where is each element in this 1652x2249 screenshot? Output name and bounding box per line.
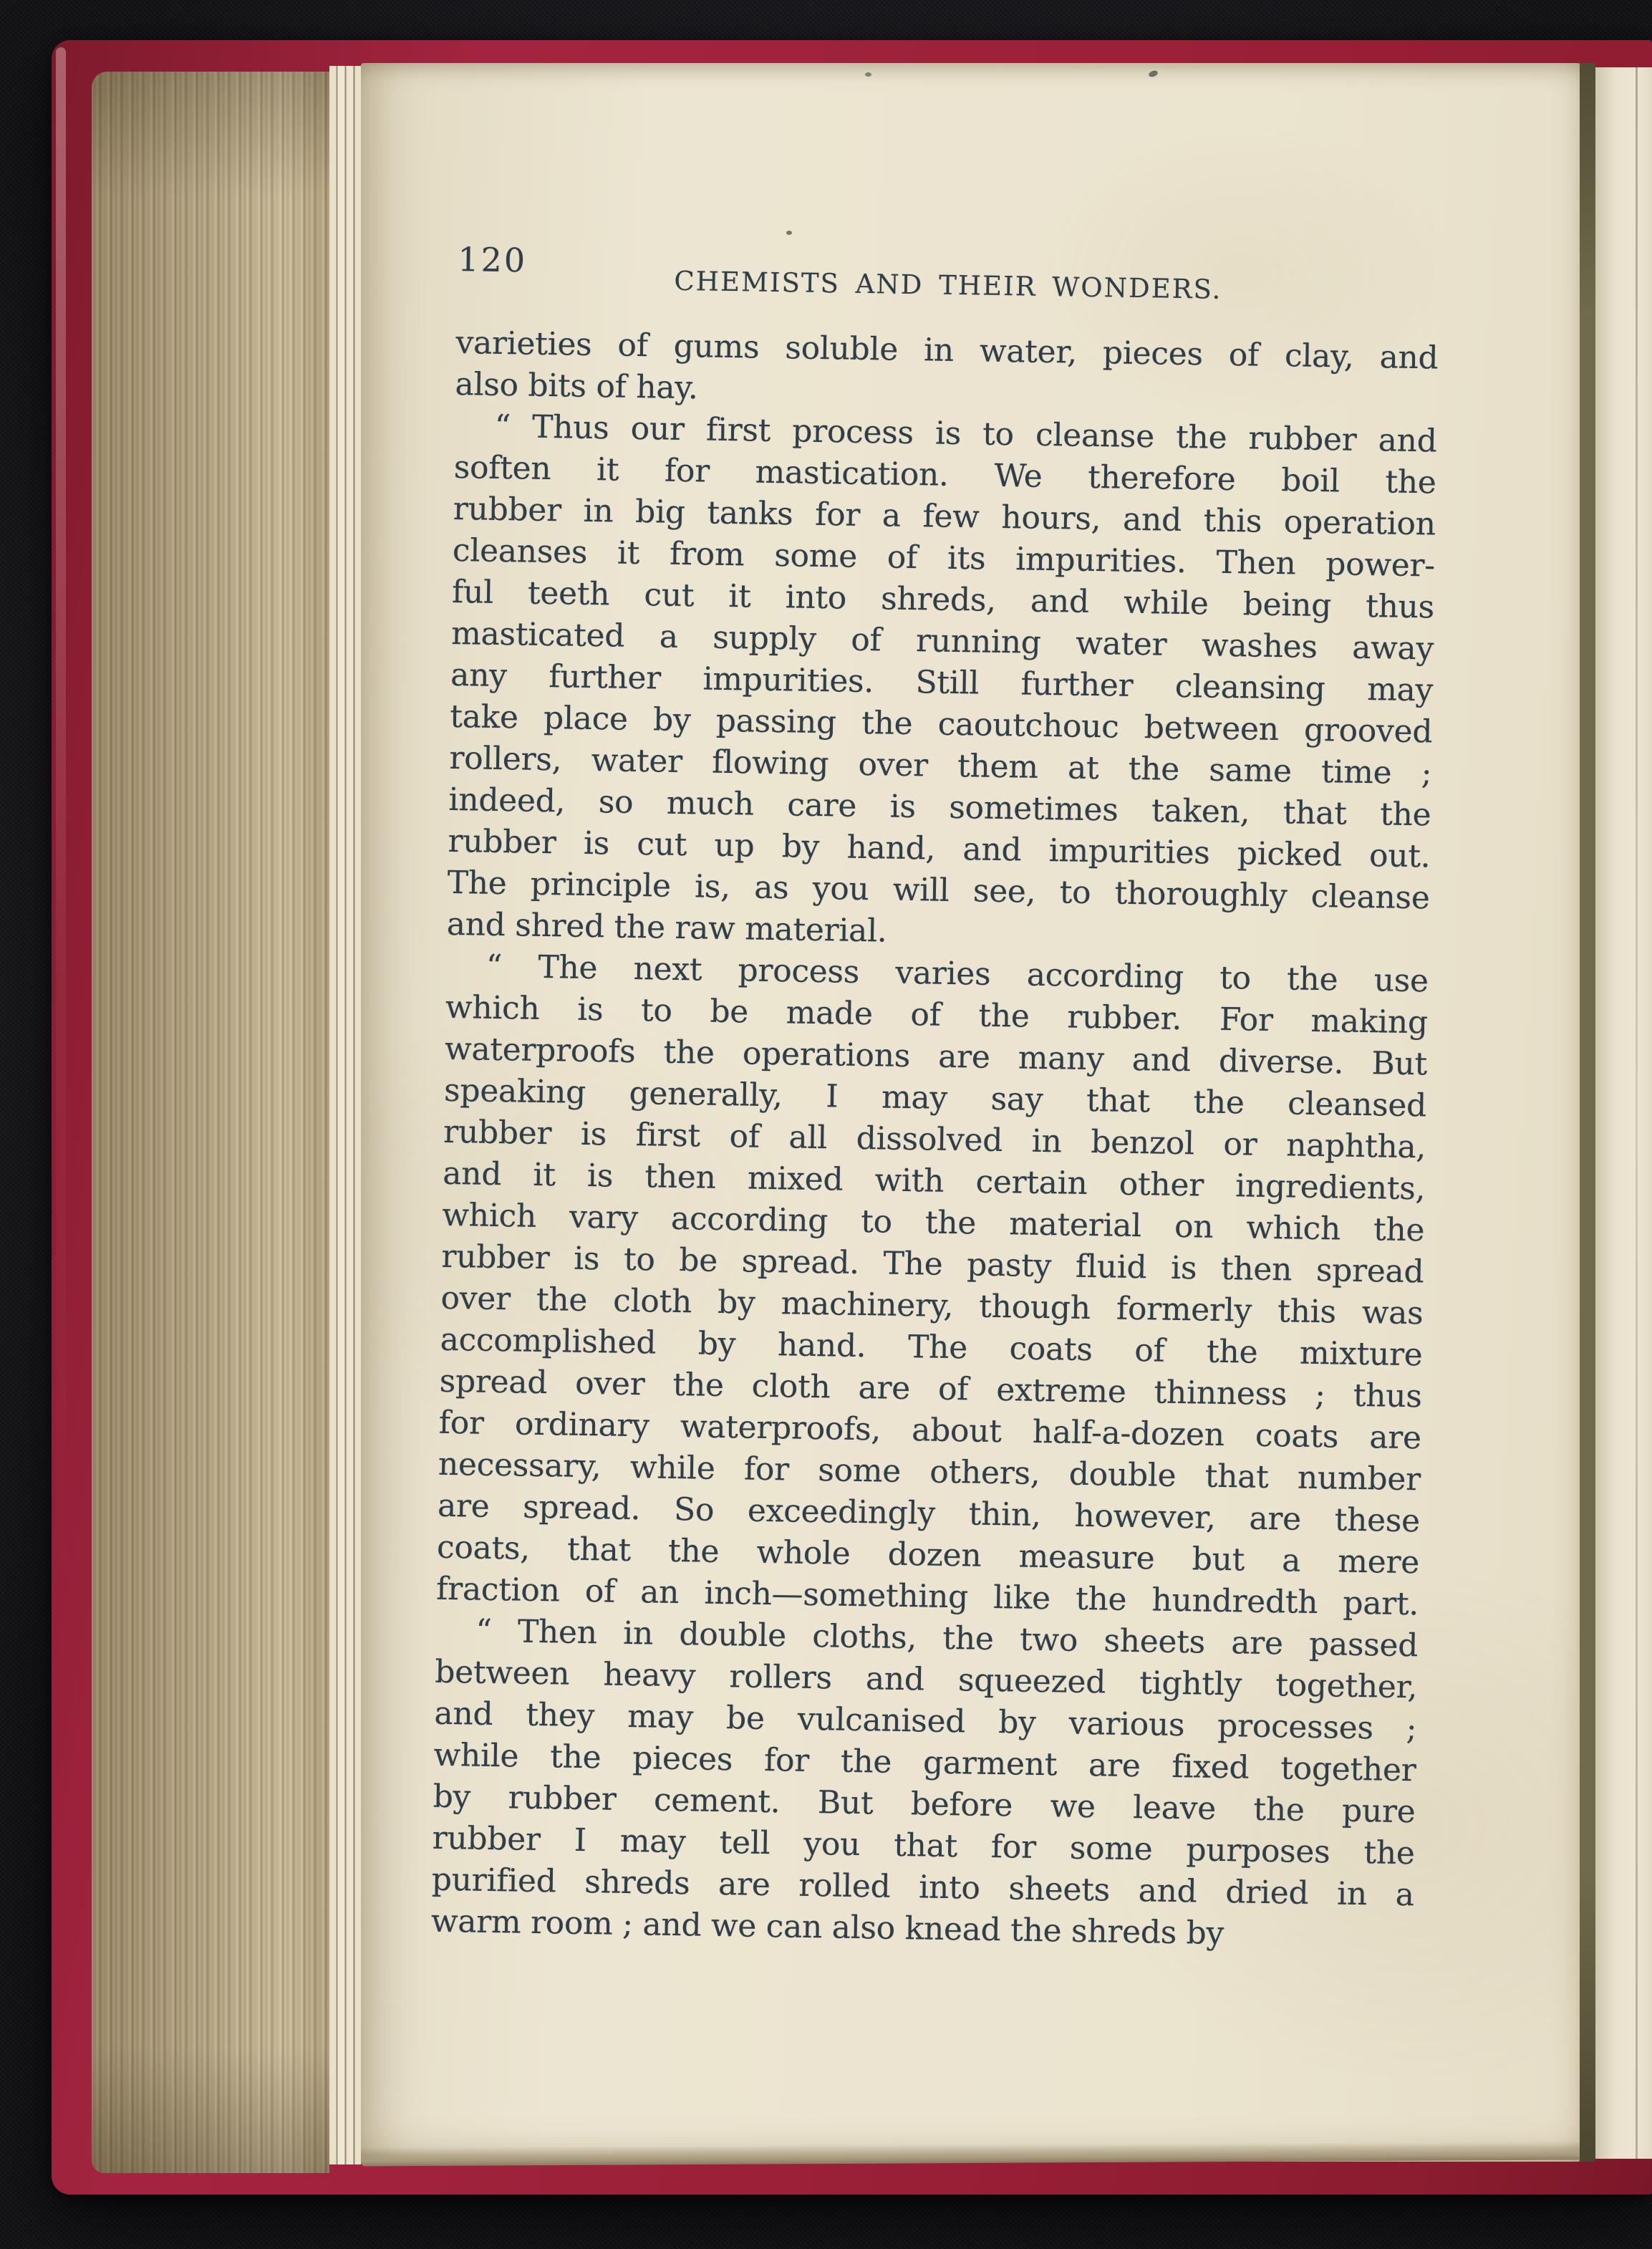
page-body-text: varieties of gums soluble in water, piec… bbox=[430, 322, 1438, 1957]
running-title: CHEMISTS AND THEIR WONDERS. bbox=[457, 264, 1439, 308]
photo-background: 120 CHEMISTS AND THEIR WONDERS. varietie… bbox=[0, 0, 1652, 2249]
dust-speck bbox=[786, 231, 792, 235]
page-gutter bbox=[1580, 63, 1595, 2162]
facing-page-edge bbox=[1595, 67, 1652, 2159]
printed-text-layer: 120 CHEMISTS AND THEIR WONDERS. varietie… bbox=[332, 62, 1588, 2179]
dust-speck bbox=[865, 72, 871, 77]
page-stack-left-edge bbox=[92, 72, 329, 2173]
book-page: 120 CHEMISTS AND THEIR WONDERS. varietie… bbox=[361, 63, 1584, 2162]
